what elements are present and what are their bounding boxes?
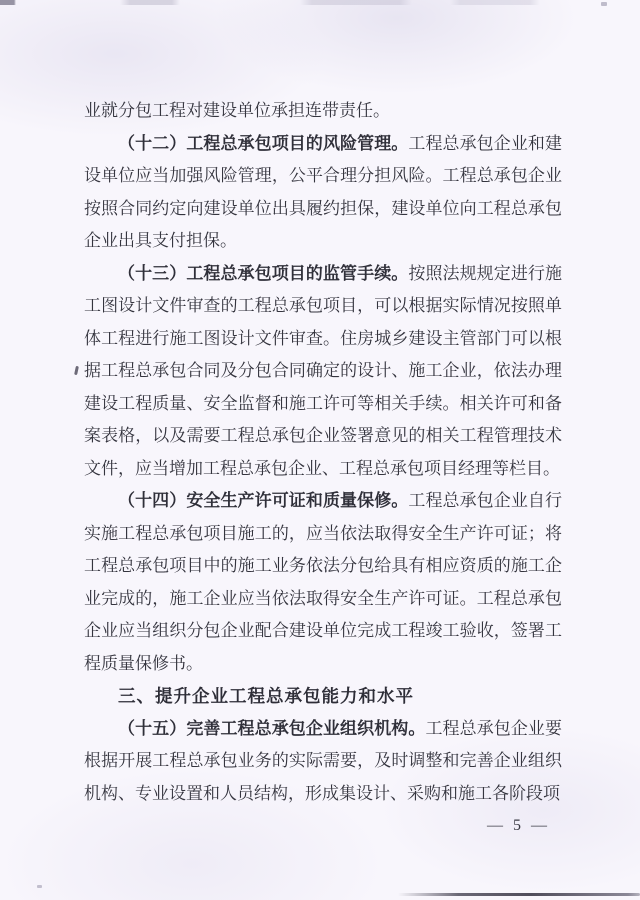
scan-artifact-top-speck	[601, 2, 607, 6]
scanned-document-page: 业就分包工程对建设单位承担连带责任。 （十二）工程总承包项目的风险管理。工程总承…	[0, 0, 640, 900]
scan-artifact-bottom-line	[398, 893, 640, 896]
document-body: 业就分包工程对建设单位承担连带责任。 （十二）工程总承包项目的风险管理。工程总承…	[84, 95, 562, 843]
continuation-paragraph: 业就分包工程对建设单位承担连带责任。	[84, 95, 562, 128]
paragraph-13: （十三）工程总承包项目的监管手续。按照法规规定进行施工图设计文件审查的工程总承包…	[84, 258, 562, 486]
paragraph-12: （十二）工程总承包项目的风险管理。工程总承包企业和建设单位应当加强风险管理，公平…	[84, 128, 562, 258]
paragraph-15: （十五）完善工程总承包企业组织机构。工程总承包企业要根据开展工程总承包业务的实际…	[84, 713, 562, 811]
paragraph-15-lead: （十五）完善工程总承包企业组织机构。	[118, 719, 425, 738]
scan-artifact-bottom-speck	[37, 885, 42, 888]
paragraph-14-body: 工程总承包企业自行实施工程总承包项目施工的，应当依法取得安全生产许可证；将工程总…	[84, 491, 562, 673]
paragraph-14: （十四）安全生产许可证和质量保修。工程总承包企业自行实施工程总承包项目施工的，应…	[84, 485, 562, 680]
page-number: — 5 —	[84, 810, 562, 843]
paragraph-13-body: 按照法规规定进行施工图设计文件审查的工程总承包项目，可以根据实际情况按照单体工程…	[84, 264, 562, 478]
scan-artifact-margin-speck	[74, 366, 79, 375]
paragraph-14-lead: （十四）安全生产许可证和质量保修。	[118, 491, 408, 510]
paragraph-13-lead: （十三）工程总承包项目的监管手续。	[118, 264, 408, 283]
paragraph-12-lead: （十二）工程总承包项目的风险管理。	[118, 134, 408, 153]
section-heading: 三、提升企业工程总承包能力和水平	[84, 680, 562, 713]
scan-artifact-top-smudges	[0, 0, 640, 5]
